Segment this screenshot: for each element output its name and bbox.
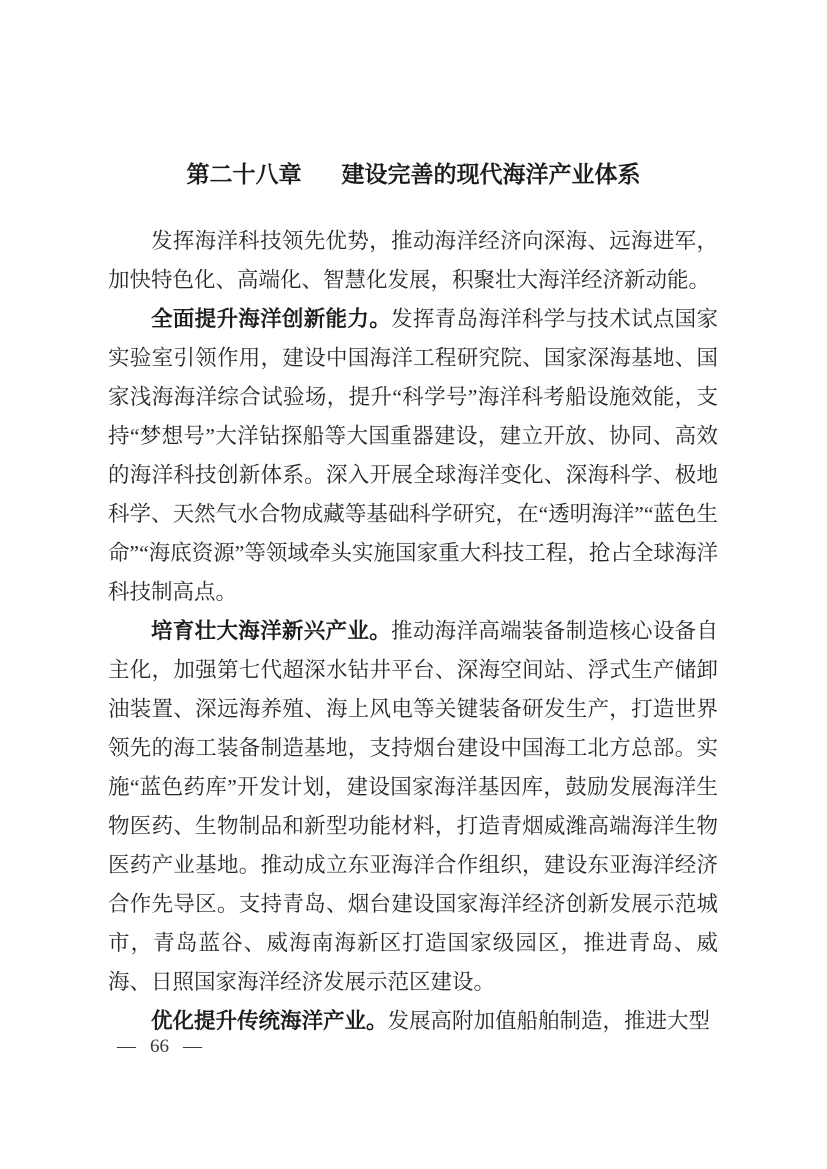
paragraph-text: 发展高附加值船舶制造，推进大型 (388, 1009, 711, 1033)
document-body: 发挥海洋科技领先优势，推动海洋经济向深海、远海进军，加快特色化、高端化、智慧化发… (108, 222, 718, 1041)
chapter-number: 第二十八章 (187, 161, 302, 187)
paragraph-lead: 培育壮大海洋新兴产业。 (151, 619, 391, 643)
page-number: 66 (150, 1034, 169, 1060)
chapter-title: 第二十八章建设完善的现代海洋产业体系 (0, 158, 827, 190)
paragraph-emerging-industries: 培育壮大海洋新兴产业。推动海洋高端装备制造核心设备自主化，加强第七代超深水钻井平… (108, 612, 718, 1002)
paragraph-innovation: 全面提升海洋创新能力。发挥青岛海洋科学与技术试点国家实验室引领作用，建设中国海洋… (108, 300, 718, 612)
paragraph-text: 推动海洋高端装备制造核心设备自主化，加强第七代超深水钻井平台、深海空间站、浮式生… (108, 619, 718, 994)
paragraph-intro: 发挥海洋科技领先优势，推动海洋经济向深海、远海进军，加快特色化、高端化、智慧化发… (108, 222, 718, 300)
document-page: 第二十八章建设完善的现代海洋产业体系 发挥海洋科技领先优势，推动海洋经济向深海、… (0, 0, 827, 1169)
footer-dash-left: — (117, 1034, 136, 1060)
paragraph-text: 发挥青岛海洋科学与技术试点国家实验室引领作用，建设中国海洋工程研究院、国家深海基… (108, 307, 718, 604)
paragraph-lead: 全面提升海洋创新能力。 (151, 307, 391, 331)
paragraph-text: 发挥海洋科技领先优势，推动海洋经济向深海、远海进军，加快特色化、高端化、智慧化发… (108, 229, 718, 292)
chapter-name: 建设完善的现代海洋产业体系 (342, 161, 641, 187)
page-footer: — 66 — (117, 1034, 202, 1060)
footer-dash-right: — (183, 1034, 202, 1060)
paragraph-lead: 优化提升传统海洋产业。 (151, 1009, 388, 1033)
